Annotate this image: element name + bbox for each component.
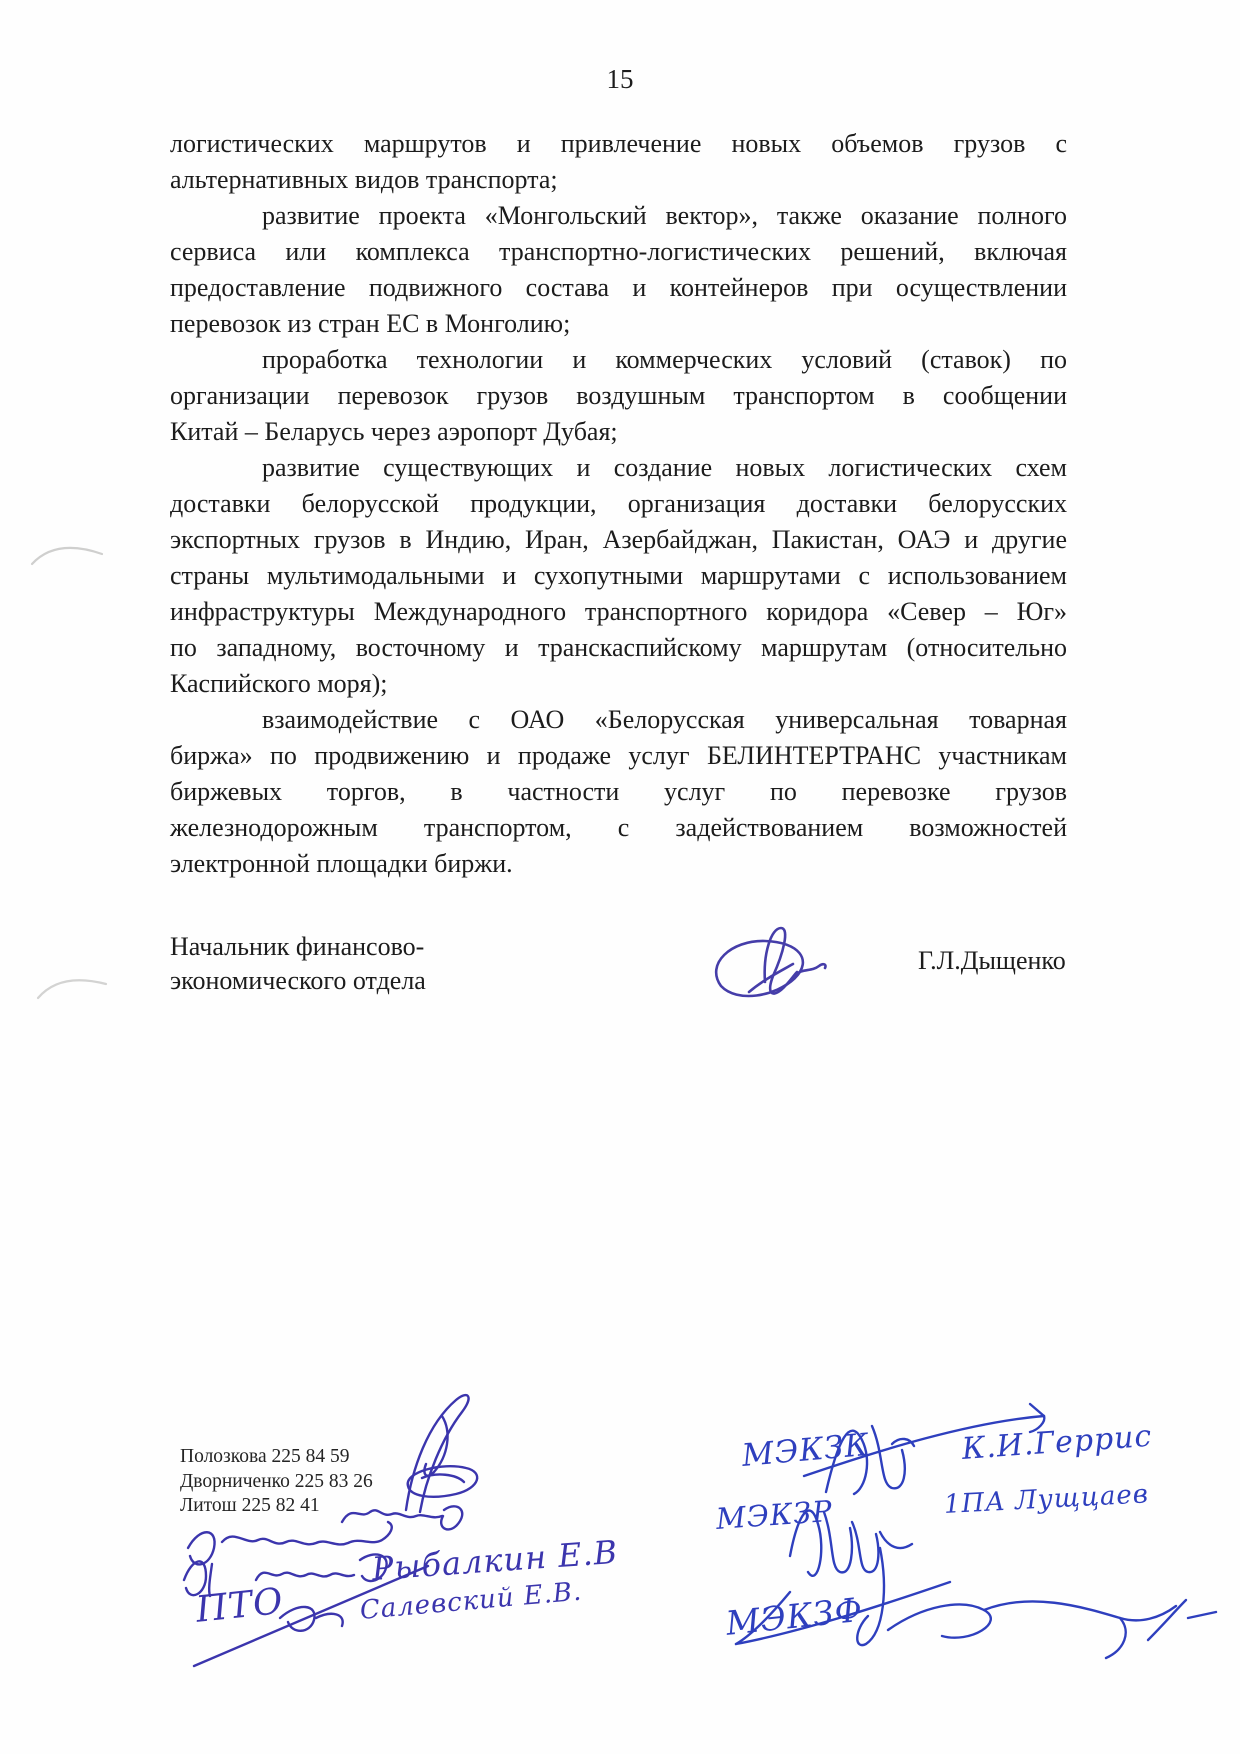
body-text-line: альтернативных видов транспорта; [170, 162, 1067, 198]
body-text-line: электронной площадки биржи. [170, 846, 1067, 882]
body-text: логистических маршрутов и привлечение но… [170, 126, 1067, 882]
body-text-line: доставки белорусской продукции, организа… [170, 486, 1067, 522]
body-text-line: проработка технологии и коммерческих усл… [170, 342, 1067, 378]
body-text-line: предоставление подвижного состава и конт… [170, 270, 1067, 306]
body-text-line: по западному, восточному и транскаспийск… [170, 630, 1067, 666]
body-text-line: Китай – Беларусь через аэропорт Дубая; [170, 414, 1067, 450]
signature-name: Г.Л.Дыщенко [918, 946, 1066, 976]
pencil-mark-2 [34, 966, 114, 1006]
body-text-line: биржа» по продвижению и продаже услуг БЕ… [170, 738, 1067, 774]
body-text-line: железнодорожным транспортом, с задейство… [170, 810, 1067, 846]
signature-title-line2: экономического отдела [170, 964, 426, 998]
body-text-line: страны мультимодальными и сухопутными ма… [170, 558, 1067, 594]
body-text-line: развитие проекта «Монгольский вектор», т… [170, 198, 1067, 234]
signature-title: Начальник финансово- экономического отде… [170, 930, 426, 998]
body-text-line: биржевых торгов, в частности услуг по пе… [170, 774, 1067, 810]
page-number: 15 [0, 64, 1240, 95]
body-text-line: инфраструктуры Международного транспортн… [170, 594, 1067, 630]
body-text-line: Каспийского моря); [170, 666, 1067, 702]
body-text-line: сервиса или комплекса транспортно-логист… [170, 234, 1067, 270]
body-text-line: перевозок из стран ЕС в Монголию; [170, 306, 1067, 342]
signature-cluster-left [160, 1380, 600, 1680]
document-page: 15 логистических маршрутов и привлечение… [0, 0, 1240, 1754]
pencil-mark-1 [28, 534, 108, 574]
body-text-line: организации перевозок грузов воздушным т… [170, 378, 1067, 414]
dyschenko-signature [705, 918, 850, 1016]
body-text-line: экспортных грузов в Индию, Иран, Азербай… [170, 522, 1067, 558]
signature-title-line1: Начальник финансово- [170, 930, 426, 964]
body-text-line: взаимодействие с ОАО «Белорусская универ… [170, 702, 1067, 738]
body-text-line: логистических маршрутов и привлечение но… [170, 126, 1067, 162]
body-text-line: развитие существующих и создание новых л… [170, 450, 1067, 486]
